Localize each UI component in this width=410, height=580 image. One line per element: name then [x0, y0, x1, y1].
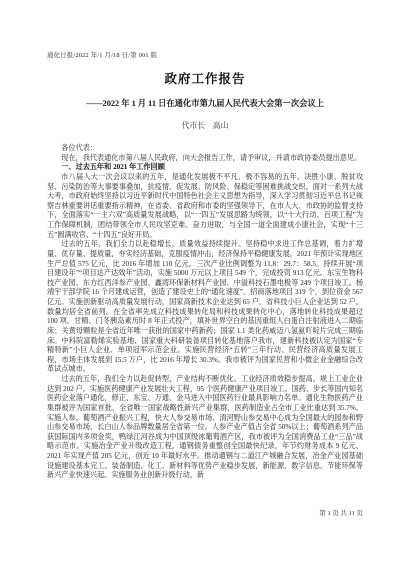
paragraph-five-year-review: 市八届人大一次会议以来的五年，是通化发展极不平凡、极不容易的五年，决胜小康、脱贫…	[47, 173, 363, 240]
report-subtitle: ——2022 年 1 月 11 日在通化市第九届人民代表大会第一次会议上	[30, 98, 380, 110]
paragraph-opening: 现在，我代表通化市第八届人民政府，向大会报告工作，请予审议，并请市政协委员提出意…	[47, 154, 363, 164]
paragraph-stable-growth: 过去的五年，我们全力以赴稳增长，质量效益持续提升。坚持稳中求进工作总基调，着力扩…	[47, 240, 363, 375]
paragraph-industrial-transformation: 过去的五年，我们全力以赴促转型，产业结构不断优化。工业经济质效稳步提高，规上工业…	[47, 375, 363, 481]
report-byline: 代市长 高山	[47, 120, 363, 131]
page-number-indicator: 第 1 页 共 11 页	[319, 509, 363, 518]
section-heading-review: 一、过去五年和 2021 年工作回顾	[47, 163, 363, 173]
report-title: 政府工作报告	[47, 71, 363, 88]
newspaper-masthead: 通化日报/2022 年/1 月/18 日/第 001 版	[47, 51, 363, 60]
document-page: 通化日报/2022 年/1 月/18 日/第 001 版 政府工作报告 ——20…	[0, 0, 410, 580]
salutation-line: 各位代表：	[47, 144, 363, 154]
report-body: 各位代表： 现在，我代表通化市第八届人民政府，向大会报告工作，请予审议，并请市政…	[47, 144, 363, 481]
